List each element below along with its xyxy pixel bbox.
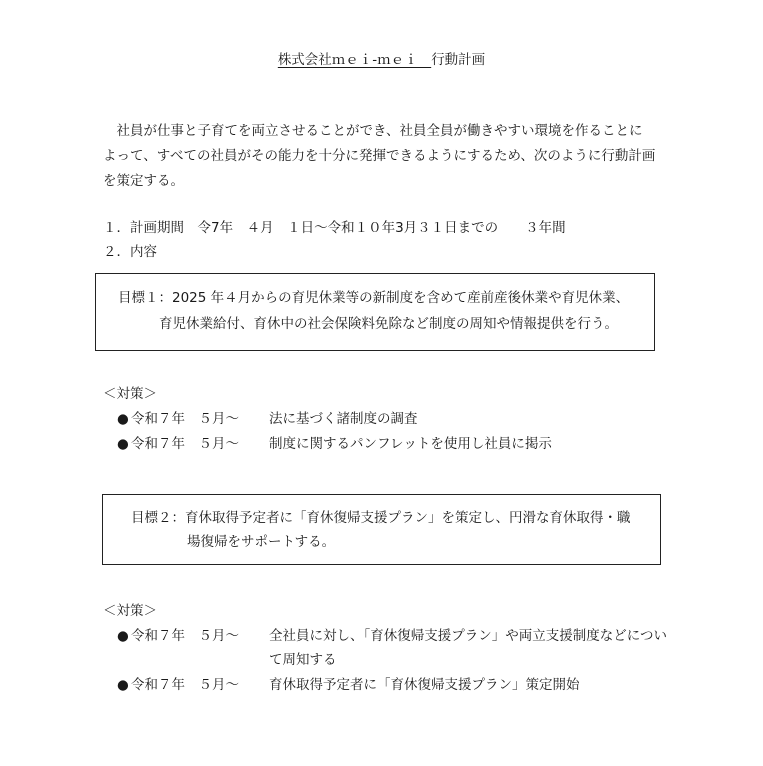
goal-1-box: 目標１：2025 年４月からの育児休業等の新制度を含めて産前産後休業や育児休業、…: [95, 273, 655, 351]
intro-line: よって、すべての社員がその能力を十分に発揮できるようにするため、次のように行動計…: [103, 146, 655, 166]
measures-heading: ＜対策＞: [103, 384, 157, 404]
goal-2-line: 場復帰をサポートする。: [187, 532, 335, 552]
goal-2-box: 目標２：育休取得予定者に「育休復帰支援プラン」を策定し、円滑な育休取得・職 場復…: [102, 494, 661, 565]
bullet-icon: ●: [117, 626, 131, 646]
bullet-icon: ●: [117, 409, 131, 429]
measure-date: 令和７年 ５月～: [131, 434, 269, 454]
company-name: 株式会社ｍｅｉ-ｍｅｉ: [278, 52, 431, 68]
measure-date: 令和７年 ５月～: [131, 626, 269, 646]
bullet-icon: ●: [117, 434, 131, 454]
goal-1-line: 育児休業給付、育休中の社会保険料免除など制度の周知や情報提供を行う。: [159, 314, 618, 334]
measure-continuation: て周知する: [269, 650, 337, 670]
bullet-icon: ●: [117, 675, 131, 695]
title-suffix: 行動計画: [431, 52, 485, 68]
measure-text: 全社員に対し、「育休復帰支援プラン」や両立支援制度などについ: [269, 628, 667, 644]
goal-1-line: 目標１：2025 年４月からの育児休業等の新制度を含めて産前産後休業や育児休業、: [118, 288, 629, 308]
measure-date: 令和７年 ５月～: [131, 409, 269, 429]
measure-text: 制度に関するパンフレットを使用し社員に掲示: [269, 436, 552, 452]
section-label: 計画期間: [130, 220, 184, 236]
measure-date: 令和７年 ５月～: [131, 675, 269, 695]
plan-period-value: 令7年 ４月 １日～令和１０年3月３１日までの ３年間: [198, 220, 566, 236]
measure-text: 育休取得予定者に「育休復帰支援プラン」策定開始: [269, 677, 580, 693]
measure-item: ●令和７年 ５月～育休取得予定者に「育休復帰支援プラン」策定開始: [117, 675, 580, 695]
section-plan-period: １．計画期間 令7年 ４月 １日～令和１０年3月３１日までの ３年間: [103, 218, 566, 238]
section-number: １．: [103, 220, 130, 236]
measure-item: ●令和７年 ５月～法に基づく諸制度の調査: [117, 409, 418, 429]
measure-item: ●令和７年 ５月～制度に関するパンフレットを使用し社員に掲示: [117, 434, 552, 454]
measures-heading: ＜対策＞: [103, 601, 157, 621]
intro-line: 社員が仕事と子育てを両立させることができ、社員全員が働きやすい環境を作ることに: [103, 121, 642, 141]
goal-2-line: 目標２：育休取得予定者に「育休復帰支援プラン」を策定し、円滑な育休取得・職: [131, 508, 631, 528]
document-title: 株式会社ｍｅｉ-ｍｅｉ 行動計画: [0, 50, 763, 70]
section-contents: ２．内容: [103, 242, 157, 262]
measure-text: 法に基づく諸制度の調査: [269, 411, 418, 427]
intro-line: を策定する。: [103, 171, 184, 191]
measure-item: ●令和７年 ５月～全社員に対し、「育休復帰支援プラン」や両立支援制度などについ: [117, 626, 667, 646]
section-number: ２．: [103, 244, 130, 260]
section-label: 内容: [130, 244, 157, 260]
